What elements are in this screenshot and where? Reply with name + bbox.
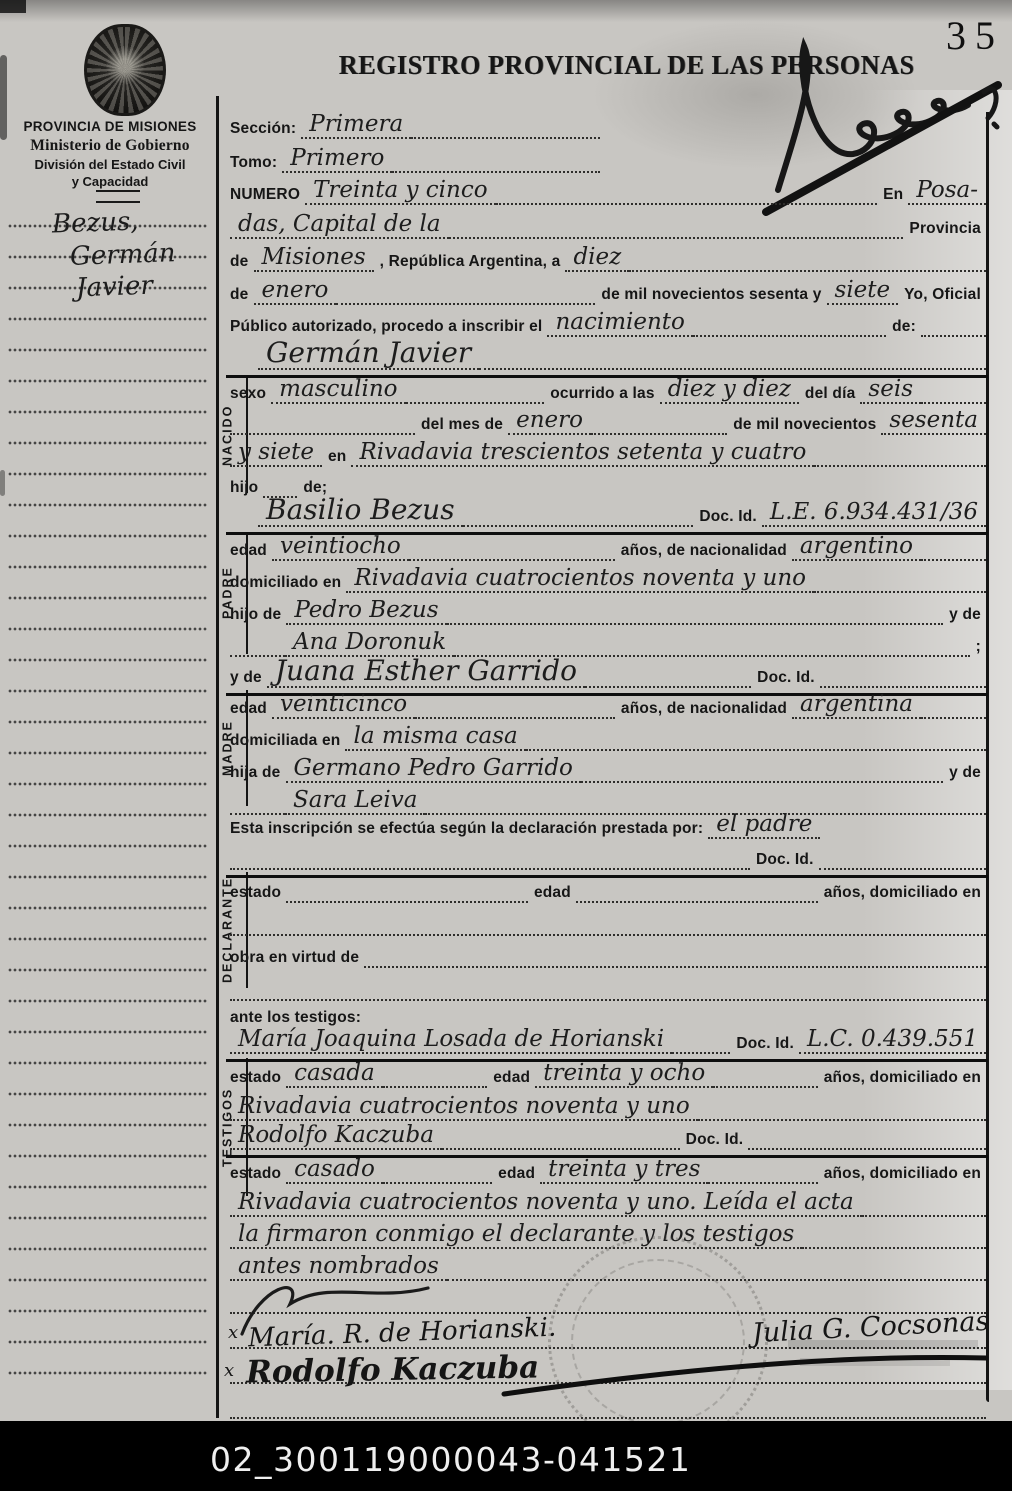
dia-label: del día (799, 385, 861, 404)
madre-abuela-row: Sara Leiva (230, 788, 986, 815)
dotted-line (447, 596, 944, 625)
madre-domicilio-row: domiciliada en la misma casa (230, 724, 986, 751)
dotted-line (921, 375, 986, 404)
ministry-name: Ministerio de Gobierno (12, 136, 208, 156)
dotted-line (449, 210, 904, 239)
domicilio-label: años, domiciliado en (818, 1069, 986, 1088)
tomo-row: Tomo: Primero (230, 146, 600, 173)
dotted-line (286, 874, 528, 903)
padre-edad-row: edad veintiocho años, de nacionalidad ar… (230, 534, 986, 561)
testigo2-estado-value: casado (286, 1159, 383, 1184)
margin-middlename: Javier (75, 271, 153, 304)
padre-nacionalidad-value: argentino (792, 536, 921, 561)
domicilio-label: años, domiciliado en (818, 1165, 986, 1184)
edad-label: edad (230, 700, 272, 719)
seccion-label: Sección: (230, 120, 301, 139)
inscripto-nombre-value: Germán Javier (258, 340, 479, 370)
numero-value: Treinta y cinco (305, 180, 495, 205)
testigo2-estado-row: estado casado edad treinta y tres años, … (230, 1157, 986, 1184)
domicilio-label: domiciliado en (230, 574, 346, 593)
publico-label: Público autorizado, procedo a inscribir … (230, 318, 547, 337)
dotted-line (230, 628, 285, 657)
ante-testigos-row: ante los testigos: (230, 1000, 530, 1027)
dotted-line (629, 243, 986, 272)
mes-label: del mes de (415, 416, 508, 435)
dotted-line (672, 1022, 730, 1054)
en-label: En (877, 186, 908, 205)
testigo2-domicilio-value: Rivadavia cuatrocientos noventa y uno. L… (230, 1192, 862, 1217)
obra-label: obra en virtud de (230, 949, 364, 968)
republica-label: , República Argentina, a (374, 253, 566, 272)
dotted-line (364, 939, 986, 968)
mes-value: enero (254, 280, 337, 305)
dotted-line (425, 786, 986, 815)
testigo1-docid-value: L.C. 0.439.551 (799, 1029, 986, 1054)
padre-domicilio-row: domiciliado en Rivadavia cuatrocientos n… (230, 566, 986, 593)
round-seal-stamp (548, 1236, 768, 1448)
declarante-obra-row: obra en virtud de (230, 941, 986, 968)
province-name: PROVINCIA DE MISIONES (12, 118, 208, 136)
hora-label: ocurrido a las (544, 385, 659, 404)
oficial-label: Yo, Oficial (898, 286, 986, 305)
padre-docid-value: L.E. 6.934.431/36 (762, 502, 986, 527)
dotted-line (862, 1188, 986, 1217)
provincia-row: de Misiones , República Argentina, a die… (230, 245, 986, 272)
edad-label: edad (528, 884, 576, 903)
numero-row: NUMERO Treinta y cinco En Posa- (230, 178, 986, 205)
dotted-line (921, 690, 986, 719)
dotted-line (463, 493, 694, 527)
dotted-line (230, 786, 285, 815)
abuelo-materno-value: Germano Pedro Garrido (286, 758, 581, 783)
y-de-label: y de (943, 606, 986, 625)
nacionalidad-label: años, de nacionalidad (615, 542, 792, 561)
dotted-line (479, 336, 986, 370)
testigo1-nombre-row: María Joaquina Losada de Horianski Doc. … (230, 1024, 986, 1054)
dotted-line (819, 841, 986, 870)
cierre-linea1-value: la firmaron conmigo el declarante y los … (230, 1224, 802, 1249)
dotted-line (383, 1059, 488, 1088)
dotted-line (591, 406, 727, 435)
division-name-cont: y Capacidad (12, 173, 208, 190)
nacionalidad-label: años, de nacionalidad (615, 700, 792, 719)
testigo1-domicilio-row: Rivadavia cuatrocientos noventa y uno (230, 1094, 986, 1121)
madre-edad-row: edad veinticinco años, de nacionalidad a… (230, 692, 986, 719)
sexo-row: sexo masculino ocurrido a las diez y die… (230, 377, 986, 404)
dotted-line (442, 1118, 680, 1150)
tomo-label: Tomo: (230, 154, 282, 173)
padre-nombre-row: Basilio Bezus Doc. Id. L.E. 6.934.431/36 (230, 495, 986, 527)
madre-edad-value: veinticinco (272, 694, 415, 719)
dotted-line (748, 1118, 986, 1150)
dotted-line (820, 654, 986, 688)
edad-label: edad (487, 1069, 535, 1088)
padre-abuela-row: Ana Doronuk ; (230, 630, 986, 657)
estado-label: estado (230, 884, 286, 903)
dotted-line (585, 654, 751, 688)
madre-docid-label: Doc. Id. (751, 669, 820, 688)
provincia-value: Misiones (254, 247, 374, 272)
madre-nombre-value: Juana Esther Garrido (267, 658, 585, 688)
dotted-line (693, 308, 886, 337)
dotted-line (383, 1155, 492, 1184)
inscripto-nombre-row: Germán Javier (230, 338, 986, 370)
ciudad-row: das, Capital de la Provincia (230, 212, 986, 239)
inscripcion-label: Esta inscripción se efectúa según la dec… (230, 820, 708, 839)
dotted-line (713, 1059, 818, 1088)
scan-smudge (0, 470, 5, 496)
madre-nacionalidad-value: argentina (792, 694, 921, 719)
docid-label: Doc. Id. (750, 851, 819, 870)
dotted-line (496, 176, 878, 205)
padre-nombre-value: Basilio Bezus (258, 497, 463, 527)
issuing-office-block: PROVINCIA DE MISIONES Ministerio de Gobi… (12, 118, 208, 191)
seccion-value: Primera (301, 114, 411, 139)
separator-double-dash (96, 190, 140, 203)
archive-reference-number: 02_300119000043-041521 (210, 1440, 691, 1479)
lugar-value: Rivadavia trescientos setenta y cuatro (351, 442, 814, 467)
signature-x-mark: x (228, 1322, 238, 1343)
dotted-line (526, 722, 986, 751)
estado-label: estado (230, 1069, 286, 1088)
tomo-value: Primero (282, 148, 392, 173)
anio-value: siete (827, 280, 899, 305)
numero-label: NUMERO (230, 186, 305, 205)
testigo1-nombre-value: María Joaquina Losada de Horianski (230, 1029, 672, 1054)
de-label: de: (886, 318, 921, 337)
scanned-birth-certificate: 35 REGISTRO PROVINCIAL DE LAS PERSONAS P… (0, 0, 1012, 1491)
padre-docid-label: Doc. Id. (693, 508, 762, 527)
hijo-de-label: hijo de (230, 606, 286, 625)
hija-de-label: hija de (230, 764, 286, 783)
dotted-line (921, 308, 986, 337)
dotted-line (708, 1155, 817, 1184)
madre-nombre-row: y de Juana Esther Garrido Doc. Id. (230, 656, 986, 688)
ciudad-inicio-value: Posa- (908, 180, 986, 205)
inscripcion-docid-row: Doc. Id. (230, 843, 986, 870)
hora-value: diez y diez (660, 379, 799, 404)
docid-label: Doc. Id. (680, 1131, 749, 1150)
sexo-value: masculino (271, 379, 405, 404)
dotted-line (576, 874, 818, 903)
dia-value: seis (860, 379, 921, 404)
inscripcion-row: Esta inscripción se efectúa según la dec… (230, 812, 986, 839)
dotted-line (814, 438, 986, 467)
scan-shadow-top (0, 0, 1012, 22)
siglo-label: de mil novecientos sesenta y (595, 286, 826, 305)
division-name: División del Estado Civil (12, 156, 208, 173)
en-label: en (322, 448, 352, 467)
ciudad-value: das, Capital de la (230, 214, 449, 239)
signature-x-mark: x (224, 1360, 234, 1381)
declarante-blank-row (230, 909, 986, 936)
y-de-label: y de (230, 669, 267, 688)
dotted-line (230, 972, 986, 1001)
fecha-row: de enero de mil novecientos sesenta y si… (230, 278, 986, 305)
testigo1-estado-row: estado casada edad treinta y ocho años, … (230, 1061, 986, 1088)
dotted-line (230, 907, 986, 936)
dotted-line (921, 532, 986, 561)
dotted-line (409, 532, 615, 561)
dotted-line (336, 276, 595, 305)
testigo2-nombre-row: Rodolfo Kaczuba Doc. Id. (230, 1120, 986, 1150)
margin-firstname: Germán (70, 238, 176, 272)
siglo-label: de mil novecientos (727, 416, 881, 435)
witness2-signature: Rodolfo Kaczuba (246, 1349, 540, 1390)
cierre-row-1: la firmaron conmigo el declarante y los … (230, 1222, 986, 1249)
edad-label: edad (230, 542, 272, 561)
official-signature-underline (500, 1348, 992, 1400)
madre-abuelo-row: hija de Germano Pedro Garrido y de (230, 756, 986, 783)
margin-ruled-lines (8, 224, 208, 1402)
padre-domicilio-value: Rivadavia cuatrocientos noventa y uno (346, 568, 814, 593)
margin-surname: Bezus, (52, 206, 140, 239)
form-right-rule (986, 112, 989, 1402)
anio-value: sesenta (881, 410, 986, 435)
dia-value: diez (565, 247, 629, 272)
dotted-line (698, 1092, 986, 1121)
acto-row: Público autorizado, procedo a inscribir … (230, 310, 986, 337)
testigo1-estado-value: casada (286, 1063, 383, 1088)
seccion-row: Sección: Primera (230, 112, 600, 139)
scan-smudge (0, 0, 26, 13)
inscripcion-value: el padre (708, 814, 820, 839)
dotted-line (392, 144, 600, 173)
province-coat-of-arms (84, 24, 166, 116)
provincia-label: Provincia (903, 220, 986, 239)
dotted-line (411, 110, 600, 139)
lugar-row: y siete en Rivadavia trescientos setenta… (230, 440, 986, 467)
dotted-line (230, 841, 750, 870)
testigo2-nombre-value: Rodolfo Kaczuba (230, 1125, 442, 1150)
padre-abuelo-row: hijo de Pedro Bezus y de (230, 598, 986, 625)
scan-bottom-bar: 02_300119000043-041521 (0, 1421, 1012, 1491)
de-label: de (230, 253, 254, 272)
domicilio-label: domiciliada en (230, 732, 345, 751)
padre-edad-value: veintiocho (272, 536, 409, 561)
mes-value: enero (508, 410, 591, 435)
declarante-blank-row (230, 974, 986, 1001)
declarante-estado-row: estado edad años, domiciliado en (230, 876, 986, 903)
y-de-label: y de (943, 764, 986, 783)
mes-row: del mes de enero de mil novecientos sese… (230, 408, 986, 435)
dotted-line (581, 754, 943, 783)
dotted-line (802, 1220, 986, 1249)
dotted-line (415, 690, 615, 719)
anio-cont-value: y siete (230, 442, 322, 467)
madre-domicilio-value: la misma casa (345, 726, 525, 751)
de-label: de (230, 286, 254, 305)
docid-label: Doc. Id. (730, 1035, 799, 1054)
abuelo-paterno-value: Pedro Bezus (286, 600, 446, 625)
sexo-label: sexo (230, 385, 271, 404)
dotted-line (814, 564, 986, 593)
dotted-line (406, 375, 545, 404)
testigo2-domicilio-row: Rivadavia cuatrocientos noventa y uno. L… (230, 1190, 986, 1217)
estado-label: estado (230, 1165, 286, 1184)
domicilio-label: años, domiciliado en (818, 884, 986, 903)
abuela-paterna-value: Ana Doronuk (285, 632, 454, 657)
acto-value: nacimiento (547, 312, 692, 337)
dotted-line (230, 406, 415, 435)
testigo1-edad-value: treinta y ocho (535, 1063, 713, 1088)
scan-smudge (0, 55, 7, 140)
edad-label: edad (492, 1165, 540, 1184)
dotted-line (454, 628, 969, 657)
testigo2-edad-value: treinta y tres (540, 1159, 708, 1184)
